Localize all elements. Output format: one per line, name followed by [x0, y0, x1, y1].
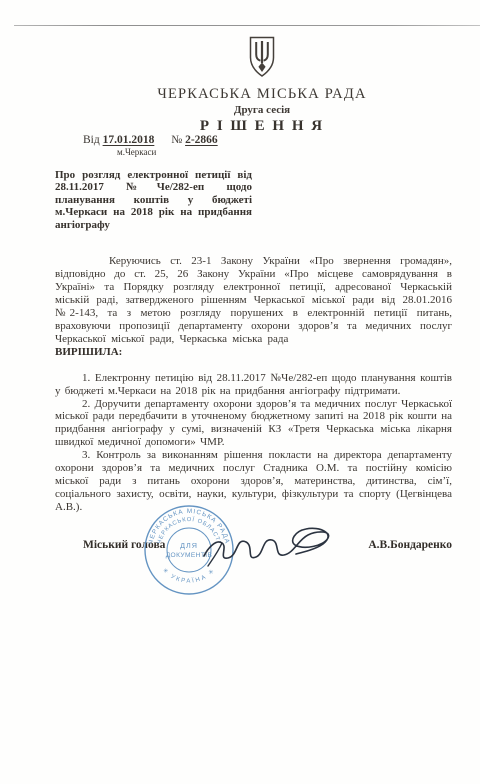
city-label: м.Черкаси	[55, 147, 452, 157]
document-number: 2-2866	[185, 134, 218, 146]
preamble-paragraph: Керуючись ст. 23-1 Закону України «Про з…	[55, 255, 452, 346]
resolution-item-1: 1. Електронну петицію від 28.11.2017 №Че…	[55, 372, 452, 398]
document-date: 17.01.2018	[103, 134, 155, 146]
resolution-item-3: 3. Контроль за виконанням рішення поклас…	[55, 449, 452, 514]
number-label: №	[171, 134, 182, 146]
session-label: Друга сесія	[44, 104, 480, 116]
pen-signature	[196, 508, 346, 572]
document-meta: Від 17.01.2018 № 2-2866 м.Черкаси	[55, 134, 452, 157]
from-label: Від	[83, 134, 100, 146]
resolution-items: 1. Електронну петицію від 28.11.2017 №Че…	[55, 372, 452, 514]
subject-block: Про розгляд електронної петиції від 28.1…	[55, 169, 252, 231]
resolved-label: ВИРІШИЛА:	[55, 346, 452, 359]
ukraine-trident-emblem-icon	[247, 36, 277, 78]
date-number-line: Від 17.01.2018 № 2-2866	[55, 134, 452, 146]
organization-name: ЧЕРКАСЬКА МІСЬКА РАДА	[44, 86, 480, 103]
signer-name: А.В.Бондаренко	[368, 539, 452, 551]
document-body: Керуючись ст. 23-1 Закону України «Про з…	[55, 255, 452, 514]
document-header: ЧЕРКАСЬКА МІСЬКА РАДА Друга сесія Р І Ш …	[0, 36, 480, 135]
document-type-title: Р І Ш Е Н Н Я	[44, 118, 480, 135]
resolution-item-2: 2. Доручити департаменту охорони здоров’…	[55, 398, 452, 450]
scanned-document-page: ЧЕРКАСЬКА МІСЬКА РАДА Друга сесія Р І Ш …	[0, 0, 480, 784]
scan-edge-line	[14, 25, 480, 26]
